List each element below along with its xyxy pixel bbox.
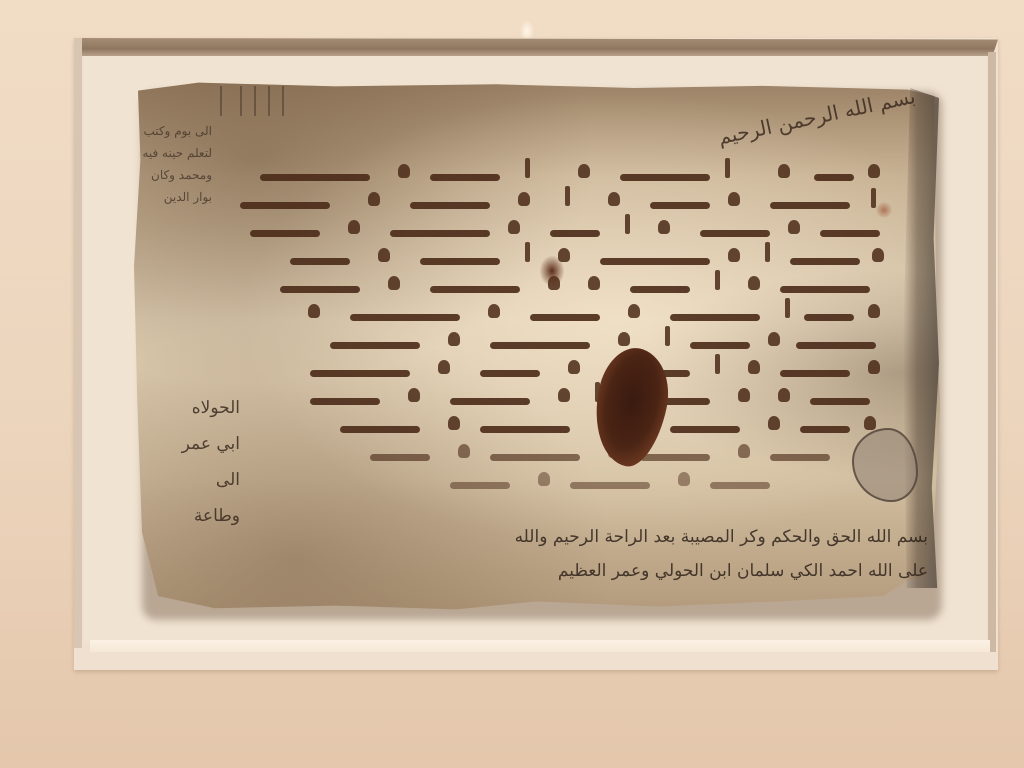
kufic-line	[146, 410, 890, 436]
mat-bevel-bottom	[90, 640, 990, 652]
margin-note-line: ابي عمر	[170, 426, 240, 462]
margin-note-lower: الحولاه ابي عمر الى وطاعة	[170, 390, 240, 534]
kufic-line	[146, 186, 890, 212]
mat-bevel-right	[988, 52, 996, 652]
kufic-line	[146, 158, 890, 184]
colophon-text: بسم الله الحق والحكم وكر المصيبة بعد الر…	[168, 520, 928, 588]
faded-top-strokes	[210, 86, 330, 126]
kufic-line	[146, 242, 890, 268]
kufic-line	[146, 354, 890, 380]
kufic-text-block	[146, 158, 890, 498]
red-spot	[876, 202, 892, 218]
kufic-line	[146, 326, 890, 352]
ink-stain-small	[540, 256, 564, 286]
kufic-line	[146, 214, 890, 240]
colophon-line: على الله احمد الكي سلمان ابن الحولي وعمر…	[168, 554, 928, 588]
kufic-line	[146, 298, 890, 324]
colophon-line: بسم الله الحق والحكم وكر المصيبة بعد الر…	[168, 520, 928, 554]
mat-bevel-top	[74, 38, 998, 56]
mat-bevel-left	[74, 38, 82, 648]
kufic-line	[146, 438, 890, 464]
margin-note-line: الحولاه	[170, 390, 240, 426]
kufic-line	[146, 382, 890, 408]
kufic-line	[146, 466, 890, 492]
kufic-line	[146, 270, 890, 296]
